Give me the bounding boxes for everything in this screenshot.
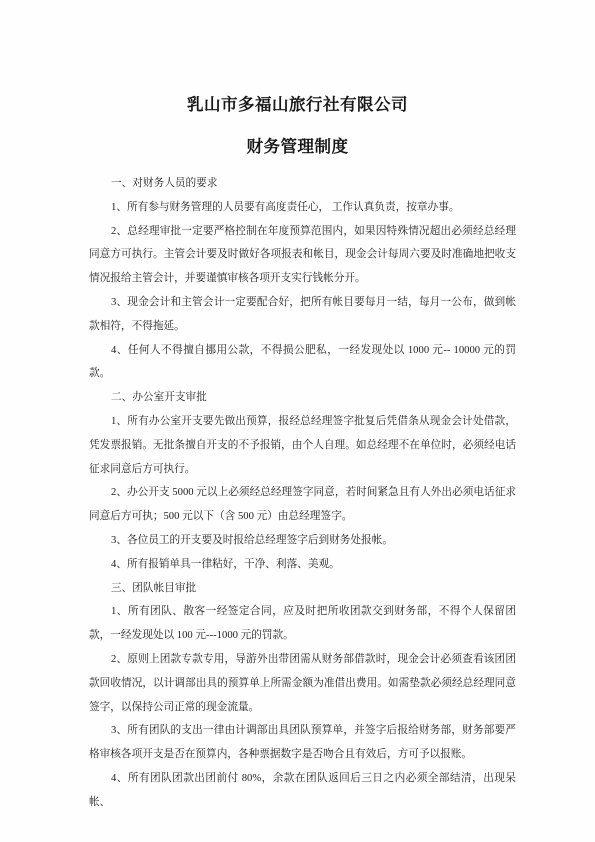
paragraph: 2、办公开支 5000 元以上必须经总经理签字同意，若时间紧急且有人外出必须电话… [89, 481, 516, 529]
document-page: 乳山市多福山旅行社有限公司 财务管理制度 一、对财务人员的要求1、所有参与财务管… [0, 0, 595, 842]
paragraph: 三、团队帐目审批 [89, 577, 516, 601]
paragraph: 4、任何人不得擅自挪用公款，不得损公肥私，一经发现处以 1000 元-- 100… [89, 339, 516, 387]
paragraph: 二、办公室开支审批 [89, 386, 516, 410]
paragraph: 3、所有团队的支出一律由计调部出具团队预算单，并签字后报给财务部，财务部要严格审… [89, 719, 516, 767]
paragraph: 3、各位员工的开支要及时报给总经理签字后到财务处报帐。 [89, 529, 516, 553]
paragraph: 4、所有报销单具一律粘好，干净、利落、美观。 [89, 553, 516, 577]
document-subtitle: 财务管理制度 [0, 133, 595, 157]
paragraph: 4、所有团队团款出团前付 80%，余款在团队返回后三日之内必须全部结清，出现呆帐… [89, 767, 516, 815]
document-title: 乳山市多福山旅行社有限公司 [0, 91, 595, 115]
paragraph: 2、原则上团款专款专用，导游外出带团需从财务部借款时，现金会计必须查看该团团款回… [89, 648, 516, 719]
document-body: 一、对财务人员的要求1、所有参与财务管理的人员要有高度责任心， 工作认真负责，按… [89, 172, 516, 815]
paragraph: 2、总经理审批一定要严格控制在年度预算范围内，如果因特殊情况超出必须经总经理同意… [89, 220, 516, 291]
paragraph: 3、现金会计和主管会计一定要配合好，把所有帐目要每月一结，每月一公布，做到帐款相… [89, 291, 516, 339]
paragraph: 1、所有团队、散客一经签定合同，应及时把所收团款交到财务部，不得个人保留团款，一… [89, 600, 516, 648]
paragraph: 1、所有参与财务管理的人员要有高度责任心， 工作认真负责，按章办事。 [89, 196, 516, 220]
paragraph: 一、对财务人员的要求 [89, 172, 516, 196]
paragraph: 1、所有办公室开支要先做出预算，报经总经理签字批复后凭借条从现金会计处借款，凭发… [89, 410, 516, 481]
